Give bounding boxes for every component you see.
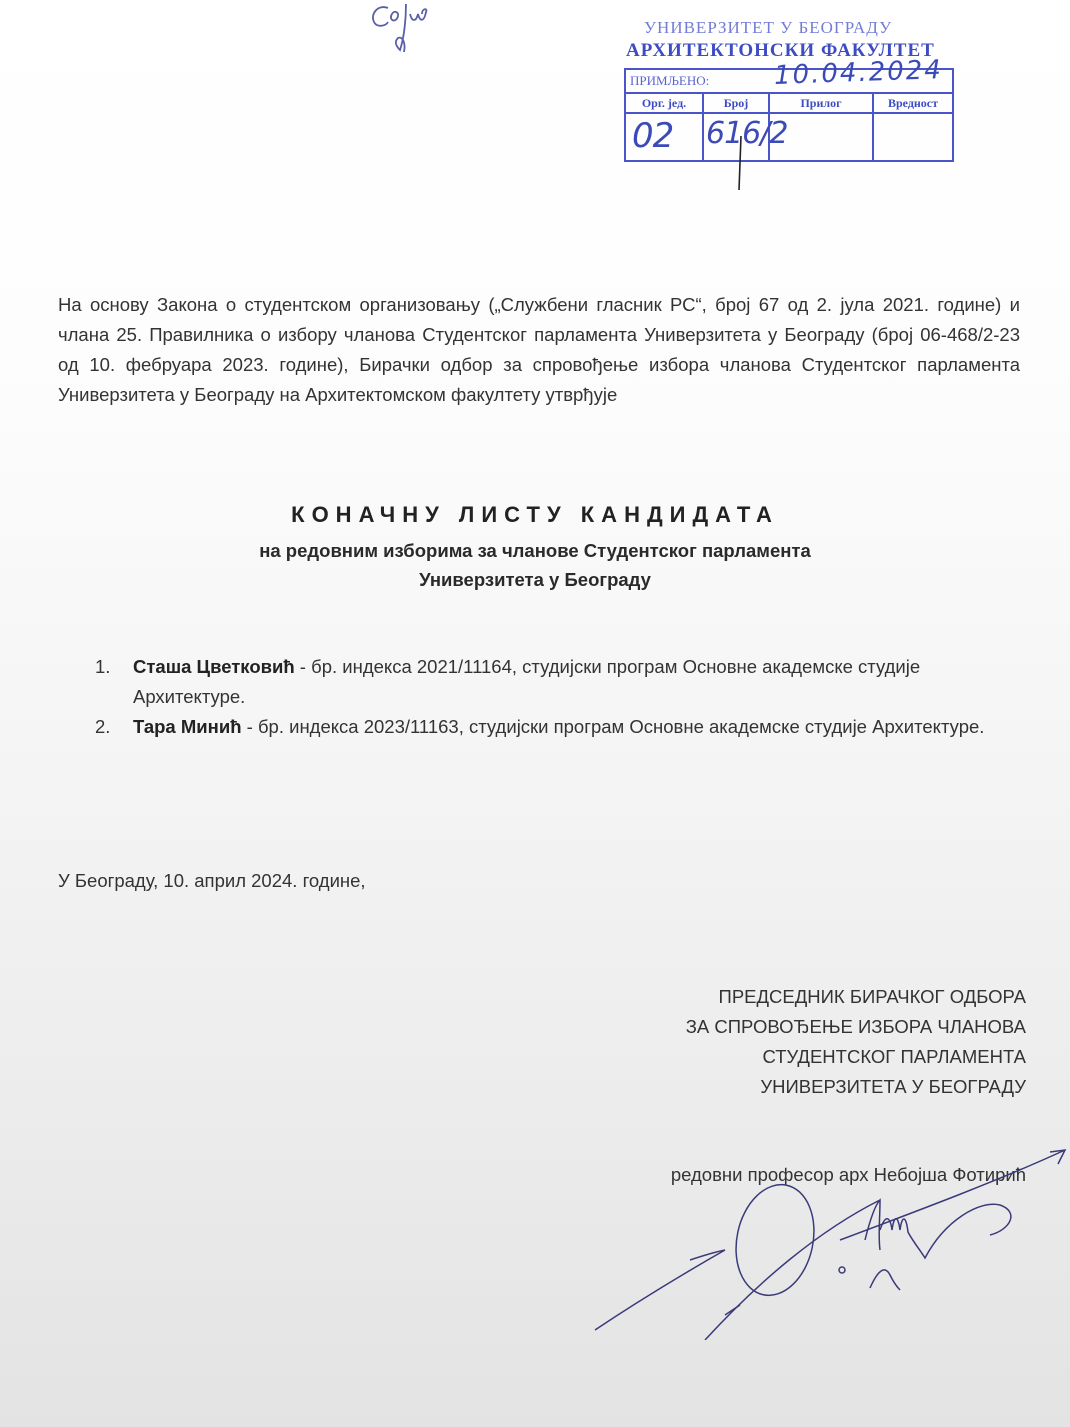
stamp-col-number: Број 616/2 [704, 94, 770, 162]
intro-paragraph: На основу Закона о студентском организов… [58, 290, 1020, 410]
stamp-col-header: Прилог [770, 94, 872, 114]
place-and-date: У Београду, 10. април 2024. године, [58, 870, 366, 892]
stamp-columns: Орг. јед. 02 Број 616/2 Прилог Вредност [626, 94, 952, 162]
stamp-received-label: ПРИМЉЕНО: [630, 73, 709, 89]
stamp-received-date: 10.04.2024 [774, 55, 944, 91]
stamp-box: ПРИМЉЕНО: 10.04.2024 Орг. јед. 02 Број 6… [624, 68, 954, 162]
signature-title-block: ПРЕДСЕДНИК БИРАЧКОГ ОДБОРА ЗА СПРОВОЂЕЊЕ… [686, 982, 1026, 1102]
pen-stroke [738, 136, 742, 190]
received-stamp: УНИВЕРЗИТЕТ У БЕОГРАДУ АРХИТЕКТОНСКИ ФАК… [622, 16, 958, 166]
list-item: 1. Сташа Цветковић - бр. индекса 2021/11… [95, 652, 1025, 712]
signature-title-line: СТУДЕНТСКОГ ПАРЛАМЕНТА [686, 1042, 1026, 1072]
stamp-col-attachment: Прилог [770, 94, 874, 162]
signature-title-line: УНИВЕРЗИТЕТА У БЕОГРАДУ [686, 1072, 1026, 1102]
handwritten-note [340, 0, 460, 60]
handwritten-signature [580, 1140, 1070, 1340]
signature-title-line: ЗА СПРОВОЂЕЊЕ ИЗБОРА ЧЛАНОВА [686, 1012, 1026, 1042]
candidate-name: Сташа Цветковић [133, 656, 295, 677]
candidate-number: 2. [95, 712, 110, 742]
candidate-name: Тара Минић [133, 716, 242, 737]
document-page: УНИВЕРЗИТЕТ У БЕОГРАДУ АРХИТЕКТОНСКИ ФАК… [0, 0, 1070, 1427]
candidate-number: 1. [95, 652, 110, 682]
stamp-col-header: Орг. јед. [626, 94, 702, 114]
document-subtitle-line2: Универзитета у Београду [0, 569, 1070, 591]
stamp-university: УНИВЕРЗИТЕТ У БЕОГРАДУ [644, 18, 892, 38]
document-title: КОНАЧНУ ЛИСТУ КАНДИДАТА [0, 502, 1070, 528]
stamp-col-org-unit: Орг. јед. 02 [626, 94, 704, 162]
stamp-col-header: Број [704, 94, 768, 114]
document-subtitle-line1: на редовним изборима за чланове Студентс… [0, 540, 1070, 562]
signature-title-line: ПРЕДСЕДНИК БИРАЧКОГ ОДБОРА [686, 982, 1026, 1012]
list-item: 2. Тара Минић - бр. индекса 2023/11163, … [95, 712, 1025, 742]
stamp-col-header: Вредност [874, 94, 952, 114]
stamp-received-row: ПРИМЉЕНО: 10.04.2024 [626, 70, 952, 94]
candidate-list: 1. Сташа Цветковић - бр. индекса 2021/11… [95, 652, 1025, 742]
stamp-col-value-amount: Вредност [874, 94, 952, 162]
candidate-details: - бр. индекса 2023/11163, студијски прог… [242, 716, 985, 737]
stamp-col-value: 02 [632, 116, 673, 156]
